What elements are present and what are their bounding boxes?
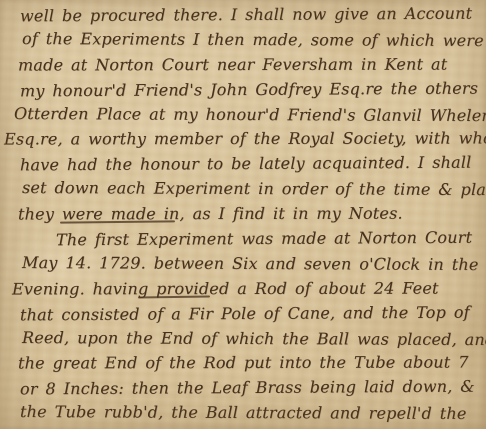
manuscript-line: Esq.re, a worthy member of the Royal Soc… <box>4 127 472 153</box>
manuscript-line: of the Experiments I then made, some of … <box>22 27 476 54</box>
manuscript-line: or 8 Inches: then the Leaf Brass being l… <box>20 375 474 403</box>
manuscript-line: that consisted of a Fir Pole of Cane, an… <box>20 300 474 328</box>
manuscript-line: Otterden Place at my honour'd Friend's G… <box>14 102 476 129</box>
manuscript-text-block: well be procured there. I shall now give… <box>20 3 474 426</box>
manuscript-page: well be procured there. I shall now give… <box>0 0 486 429</box>
manuscript-line: they were made in, as I find it in my No… <box>18 202 472 228</box>
manuscript-line: the Tube rubb'd, the Ball attracted and … <box>20 400 476 427</box>
manuscript-line: made at Norton Court near Feversham in K… <box>18 52 472 78</box>
manuscript-line: May 14. 1729. between Six and seven o'Cl… <box>22 251 476 278</box>
manuscript-line: well be procured there. I shall now give… <box>20 2 474 30</box>
manuscript-line-paragraph-start: The first Experiment was made at Norton … <box>56 226 474 253</box>
manuscript-line: have had the honour to be lately acquain… <box>20 151 474 179</box>
manuscript-line: my honour'd Friend's John Godfrey Esq.re… <box>20 76 474 104</box>
manuscript-line: the great End of the Rod put into the Tu… <box>18 351 472 377</box>
manuscript-line: set down each Experiment in order of the… <box>22 176 476 203</box>
manuscript-line: Reed, upon the End of which the Ball was… <box>22 326 476 353</box>
manuscript-line: Evening. having provided a Rod of about … <box>12 276 472 302</box>
